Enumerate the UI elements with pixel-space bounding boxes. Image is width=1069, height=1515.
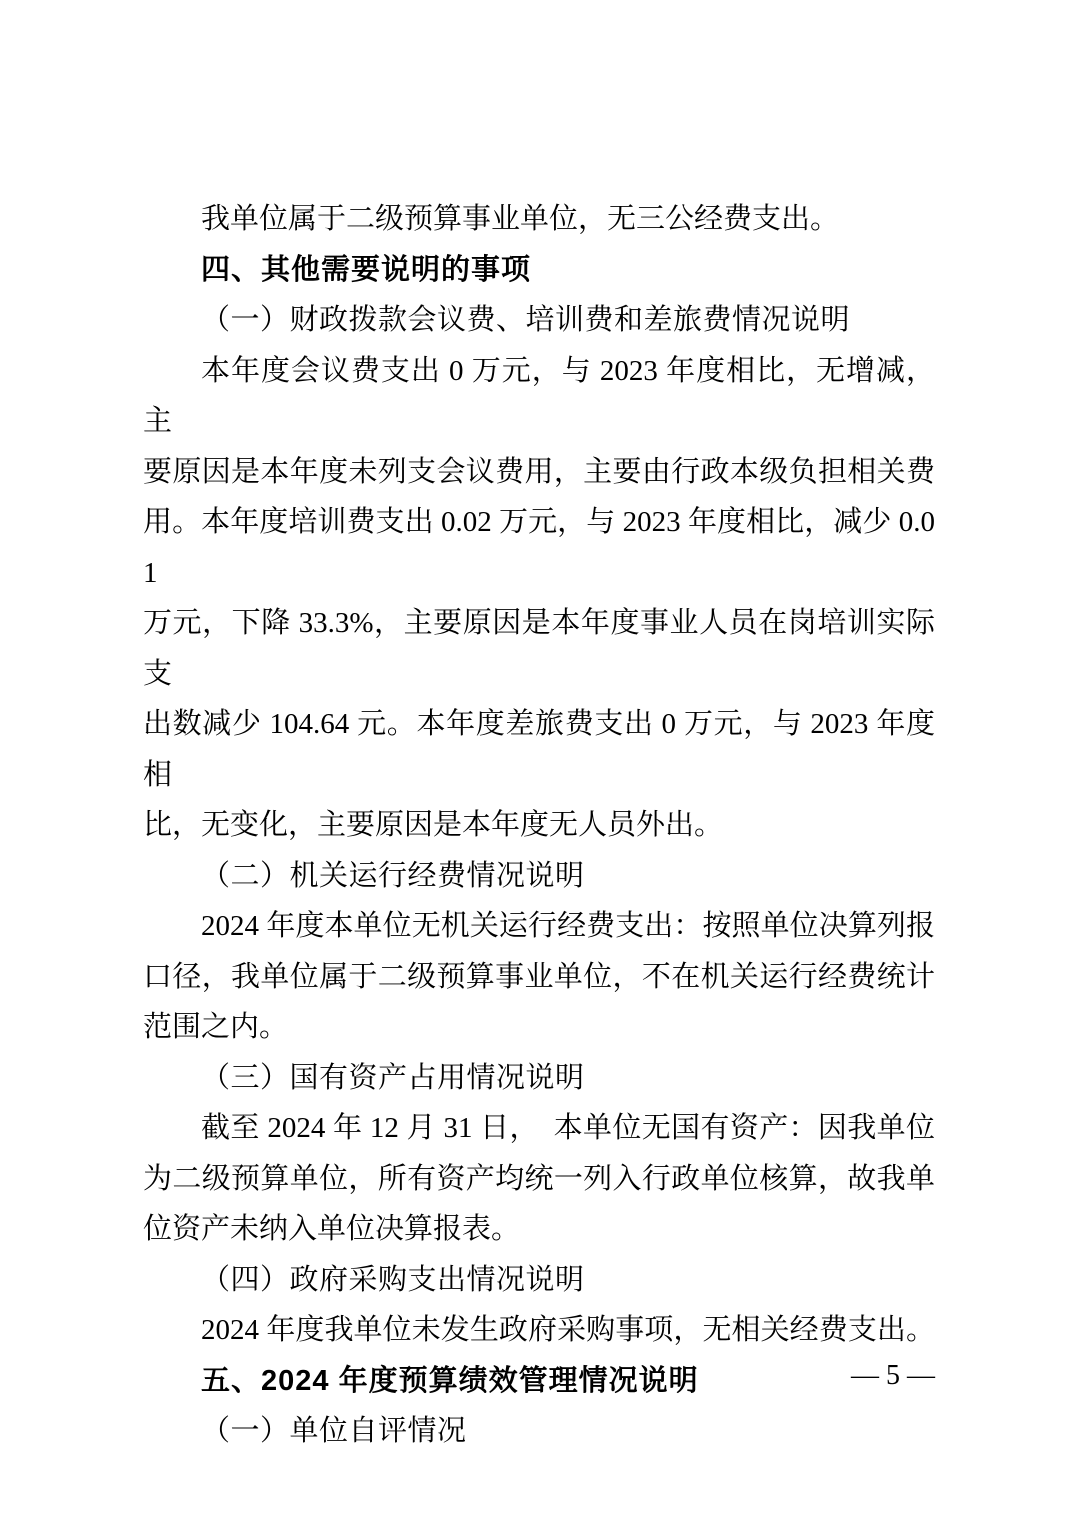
section-heading: 四、其他需要说明的事项 bbox=[143, 245, 935, 296]
section-heading: 五、2024 年度预算绩效管理情况说明 bbox=[143, 1356, 935, 1407]
page-number: — 5 — bbox=[851, 1362, 935, 1390]
subsection-heading: （一）单位自评情况 bbox=[143, 1406, 935, 1457]
text-line: 范围之内。 bbox=[143, 1002, 935, 1053]
text-line: 万元，下降 33.3%，主要原因是本年度事业人员在岗培训实际支 bbox=[143, 598, 935, 699]
text-line: 我单位属于二级预算事业单位，无三公经费支出。 bbox=[143, 194, 935, 245]
subsection-heading: （四）政府采购支出情况说明 bbox=[143, 1255, 935, 1306]
text-line: 2024 年度本单位无机关运行经费支出：按照单位决算列报 bbox=[143, 901, 935, 952]
document-body: 我单位属于二级预算事业单位，无三公经费支出。四、其他需要说明的事项（一）财政拨款… bbox=[143, 194, 935, 1457]
subsection-heading: （三）国有资产占用情况说明 bbox=[143, 1053, 935, 1104]
text-line: 位资产未纳入单位决算报表。 bbox=[143, 1204, 935, 1255]
text-line: 本年度会议费支出 0 万元，与 2023 年度相比，无增减，主 bbox=[143, 346, 935, 447]
text-line: 用。本年度培训费支出 0.02 万元，与 2023 年度相比，减少 0.01 bbox=[143, 497, 935, 598]
subsection-heading: （一）财政拨款会议费、培训费和差旅费情况说明 bbox=[143, 295, 935, 346]
document-page: 我单位属于二级预算事业单位，无三公经费支出。四、其他需要说明的事项（一）财政拨款… bbox=[0, 0, 1069, 1515]
text-line: 出数减少 104.64 元。本年度差旅费支出 0 万元，与 2023 年度相 bbox=[143, 699, 935, 800]
text-line: 为二级预算单位，所有资产均统一列入行政单位核算，故我单 bbox=[143, 1154, 935, 1205]
text-line: 截至 2024 年 12 月 31 日， 本单位无国有资产：因我单位 bbox=[143, 1103, 935, 1154]
subsection-heading: （二）机关运行经费情况说明 bbox=[143, 851, 935, 902]
text-line: 比，无变化，主要原因是本年度无人员外出。 bbox=[143, 800, 935, 851]
text-line: 口径，我单位属于二级预算事业单位，不在机关运行经费统计 bbox=[143, 952, 935, 1003]
text-line: 要原因是本年度未列支会议费用，主要由行政本级负担相关费 bbox=[143, 447, 935, 498]
text-line: 2024 年度我单位未发生政府采购事项，无相关经费支出。 bbox=[143, 1305, 935, 1356]
